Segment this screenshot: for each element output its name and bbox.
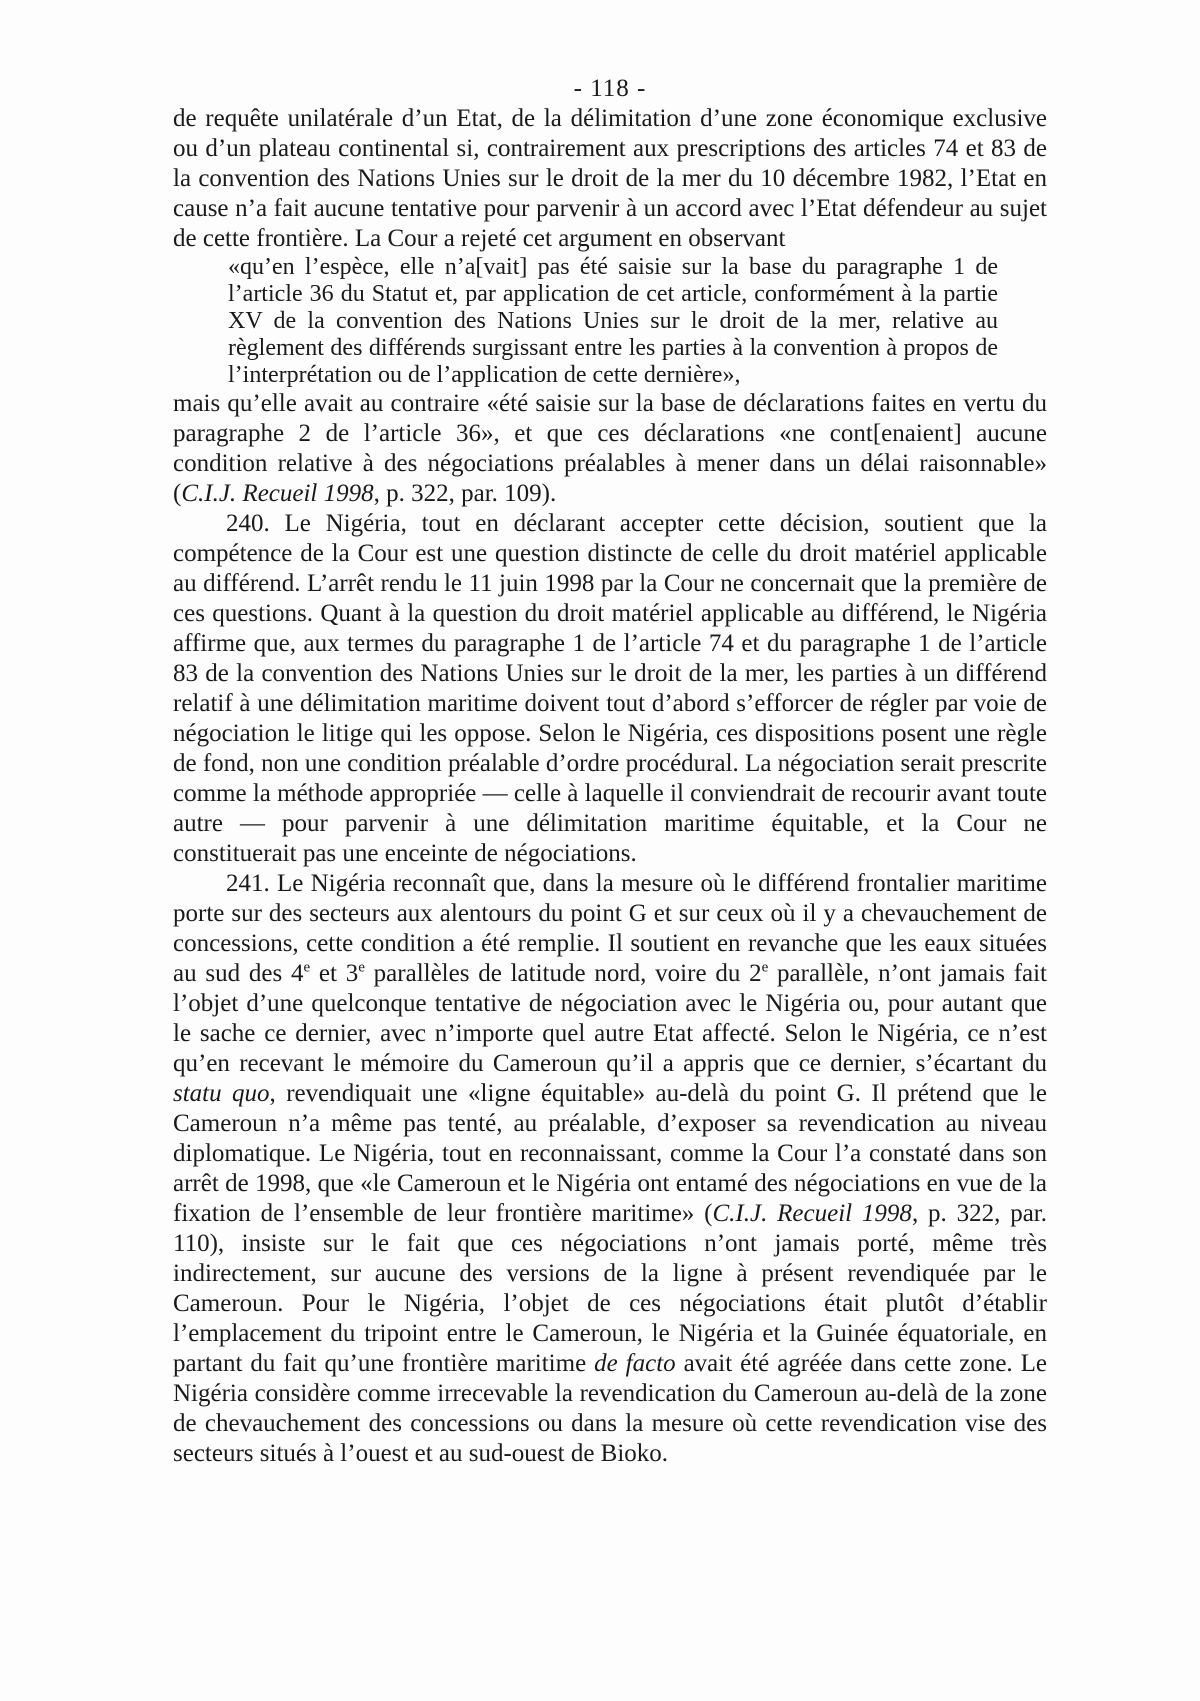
italic-text: de facto [594,1350,676,1377]
paragraph-para-240: 240. Le Nigéria, tout en déclarant accep… [173,509,1047,869]
text-run: parallèles de latitude nord, voire du 2 [365,960,762,987]
paragraph-quote-continuation: mais qu’elle avait au contraire «été sai… [173,389,1047,509]
italic-text: statu quo [173,1080,270,1107]
text-run: 240. Le Nigéria, tout en déclarant accep… [173,510,1047,867]
document-page: - 118 - de requête unilatérale d’un Etat… [0,0,1200,1701]
paragraph-para-241: 241. Le Nigéria reconnaît que, dans la m… [173,869,1047,1469]
text-run: , p. 322, par. 109). [374,480,557,507]
paragraph-opening-continuation: de requête unilatérale d’un Etat, de la … [173,104,1047,254]
superscript-ordinal: e [358,960,365,976]
text-run: de requête unilatérale d’un Etat, de la … [173,105,1047,252]
text-run: et 3 [310,960,358,987]
document-body: de requête unilatérale d’un Etat, de la … [0,104,1200,1469]
italic-text: C.I.J. Recueil 1998 [181,480,373,507]
page-number: - 118 - [0,74,1200,104]
text-run: «qu’en l’espèce, elle n’a[vait] pas été … [228,254,998,388]
paragraph-quote-block: «qu’en l’espèce, elle n’a[vait] pas été … [228,254,998,389]
italic-text: C.I.J. Recueil 1998 [712,1200,911,1227]
